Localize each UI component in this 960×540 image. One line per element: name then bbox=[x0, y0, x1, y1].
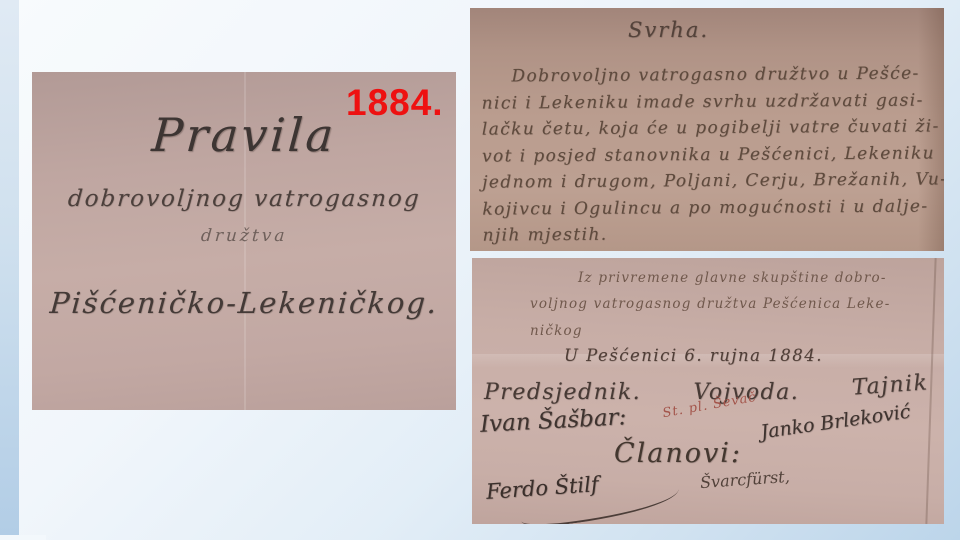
signature-member: Švarcfürst, bbox=[699, 467, 790, 492]
year-label: 1884. bbox=[346, 82, 444, 124]
scanned-signatures-document: Iz privremene glavne skupštine dobro- vo… bbox=[472, 258, 944, 524]
purpose-line: jednom i drugom, Poljani, Cerju, Brežani… bbox=[482, 166, 938, 196]
purpose-heading: Svrha. bbox=[628, 18, 944, 42]
purpose-line: njih mjestih. bbox=[482, 219, 938, 249]
purpose-paragraph: Dobrovoljno vatrogasno družtvo u Pešće- … bbox=[481, 60, 938, 249]
purpose-line: kojivcu i Ogulincu a po mogućnosti i u d… bbox=[482, 193, 938, 223]
slide-corner-highlight bbox=[0, 535, 46, 540]
signature-president: Ivan Šašbar: bbox=[479, 404, 627, 438]
slide-left-accent-band bbox=[0, 0, 19, 535]
officer-title-secretary: Tajnik bbox=[851, 370, 929, 400]
officer-title-president: Predsjednik. bbox=[484, 380, 641, 405]
purpose-line: nici i Lekeniku imade svrhu uzdržavati g… bbox=[482, 87, 938, 117]
purpose-line: vot i posjed stanovnika u Pešćenici, Lek… bbox=[482, 140, 938, 170]
cover-subtitle-3: Pišćeničko-Lekeničkog. bbox=[49, 286, 440, 320]
minutes-intro-line: voljnog vatrogasnog družtva Pešćenica Le… bbox=[530, 296, 891, 312]
members-label: Članovi: bbox=[614, 438, 742, 469]
presentation-slide: Pravila dobrovoljnog vatrogasnog družtva… bbox=[0, 0, 960, 540]
purpose-line: Dobrovoljno vatrogasno družtvo u Pešće- bbox=[481, 60, 937, 90]
purpose-line: lačku četu, koja će u pogibelji vatre ču… bbox=[482, 113, 938, 143]
cover-subtitle-1: dobrovoljnog vatrogasnog bbox=[67, 186, 421, 212]
minutes-intro-line: Iz privremene glavne skupštine dobro- bbox=[578, 270, 887, 286]
cover-subtitle-2: družtva bbox=[200, 226, 288, 246]
scanned-purpose-document: Svrha. Dobrovoljno vatrogasno družtvo u … bbox=[470, 8, 944, 251]
cover-title: Pravila bbox=[150, 108, 338, 162]
minutes-intro-line: ničkog bbox=[530, 323, 583, 339]
signature-secretary: Janko Brleković bbox=[759, 401, 912, 444]
minutes-date-line: U Pešćenici 6. rujna 1884. bbox=[564, 346, 823, 365]
